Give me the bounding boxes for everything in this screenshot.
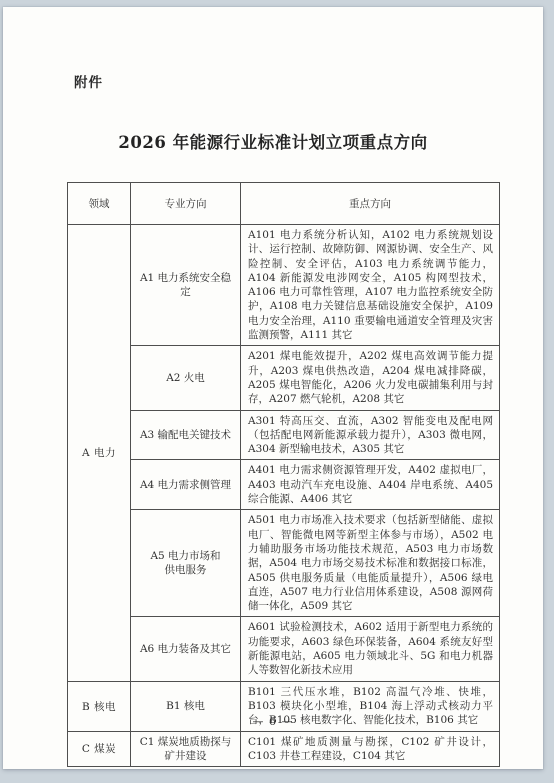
field-cell-a-power: A 电力 <box>68 225 131 682</box>
focus-cell-a1: A101 电力系统分析认知，A102 电力系统规划设计、运行控制、故障防御、网源… <box>241 225 500 346</box>
table-row: A3 输配电关键技术 A301 特高压交、直流，A302 智能变电及配电网（包括… <box>68 410 500 460</box>
major-cell-a5: A5 电力市场和 供电服务 <box>131 510 241 617</box>
focus-cell-a2: A201 煤电能效提升，A202 煤电高效调节能力提升，A203 煤电供热改造，… <box>241 346 500 410</box>
table-row: A2 火电 A201 煤电能效提升，A202 煤电高效调节能力提升，A203 煤… <box>68 346 500 410</box>
standards-table: 领域 专业方向 重点方向 A 电力 A1 电力系统安全稳定 A101 电力系统分… <box>67 182 500 767</box>
major-cell-a6: A6 电力装备及其它 <box>131 617 241 681</box>
focus-cell-a6: A601 试验检测技术，A602 适用于新型电力系统的功能要求，A603 绿色环… <box>241 617 500 681</box>
column-header-focus-direction: 重点方向 <box>241 183 500 225</box>
column-header-field: 领域 <box>68 183 131 225</box>
major-cell-a2: A2 火电 <box>131 346 241 410</box>
column-header-major-direction: 专业方向 <box>131 183 241 225</box>
table-row: A4 电力需求侧管理 A401 电力需求侧资源管理开发，A402 虚拟电厂，A4… <box>68 460 500 510</box>
attachment-label: 附件 <box>74 71 103 91</box>
major-cell-a3: A3 输配电关键技术 <box>131 410 241 460</box>
table-row: A6 电力装备及其它 A601 试验检测技术，A602 适用于新型电力系统的功能… <box>68 617 500 681</box>
table-row: C 煤炭 C1 煤炭地质勘探与矿井建设 C101 煤矿地质测量与勘探，C102 … <box>68 731 500 767</box>
focus-cell-a4: A401 电力需求侧资源管理开发，A402 虚拟电厂，A403 电动汽车充电设施… <box>241 460 500 510</box>
major-cell-a4: A4 电力需求侧管理 <box>131 460 241 510</box>
table-header-row: 领域 专业方向 重点方向 <box>68 183 500 225</box>
major-cell-c1: C1 煤炭地质勘探与矿井建设 <box>131 731 241 767</box>
focus-cell-c1: C101 煤矿地质测量与勘探，C102 矿井设计，C103 井巷工程建设，C10… <box>241 731 500 767</box>
table-row: A5 电力市场和 供电服务 A501 电力市场准入技术要求（包括新型储能、虚拟电… <box>68 510 500 617</box>
table-row: A 电力 A1 电力系统安全稳定 A101 电力系统分析认知，A102 电力系统… <box>68 225 500 346</box>
focus-cell-a5: A501 电力市场准入技术要求（包括新型储能、虚拟电厂、智能微电网等新型主体参与… <box>241 510 500 617</box>
document-page: 附件 2026 年能源行业标准计划立项重点方向 领域 专业方向 重点方向 A 电… <box>3 7 543 769</box>
major-cell-a1: A1 电力系统安全稳定 <box>131 225 241 346</box>
focus-cell-a3: A301 特高压交、直流，A302 智能变电及配电网（包括配电网新能源承载力提升… <box>241 410 500 460</box>
page-number: — 6 — <box>3 715 543 728</box>
page-title: 2026 年能源行业标准计划立项重点方向 <box>3 129 543 153</box>
field-cell-c-coal: C 煤炭 <box>68 731 131 767</box>
